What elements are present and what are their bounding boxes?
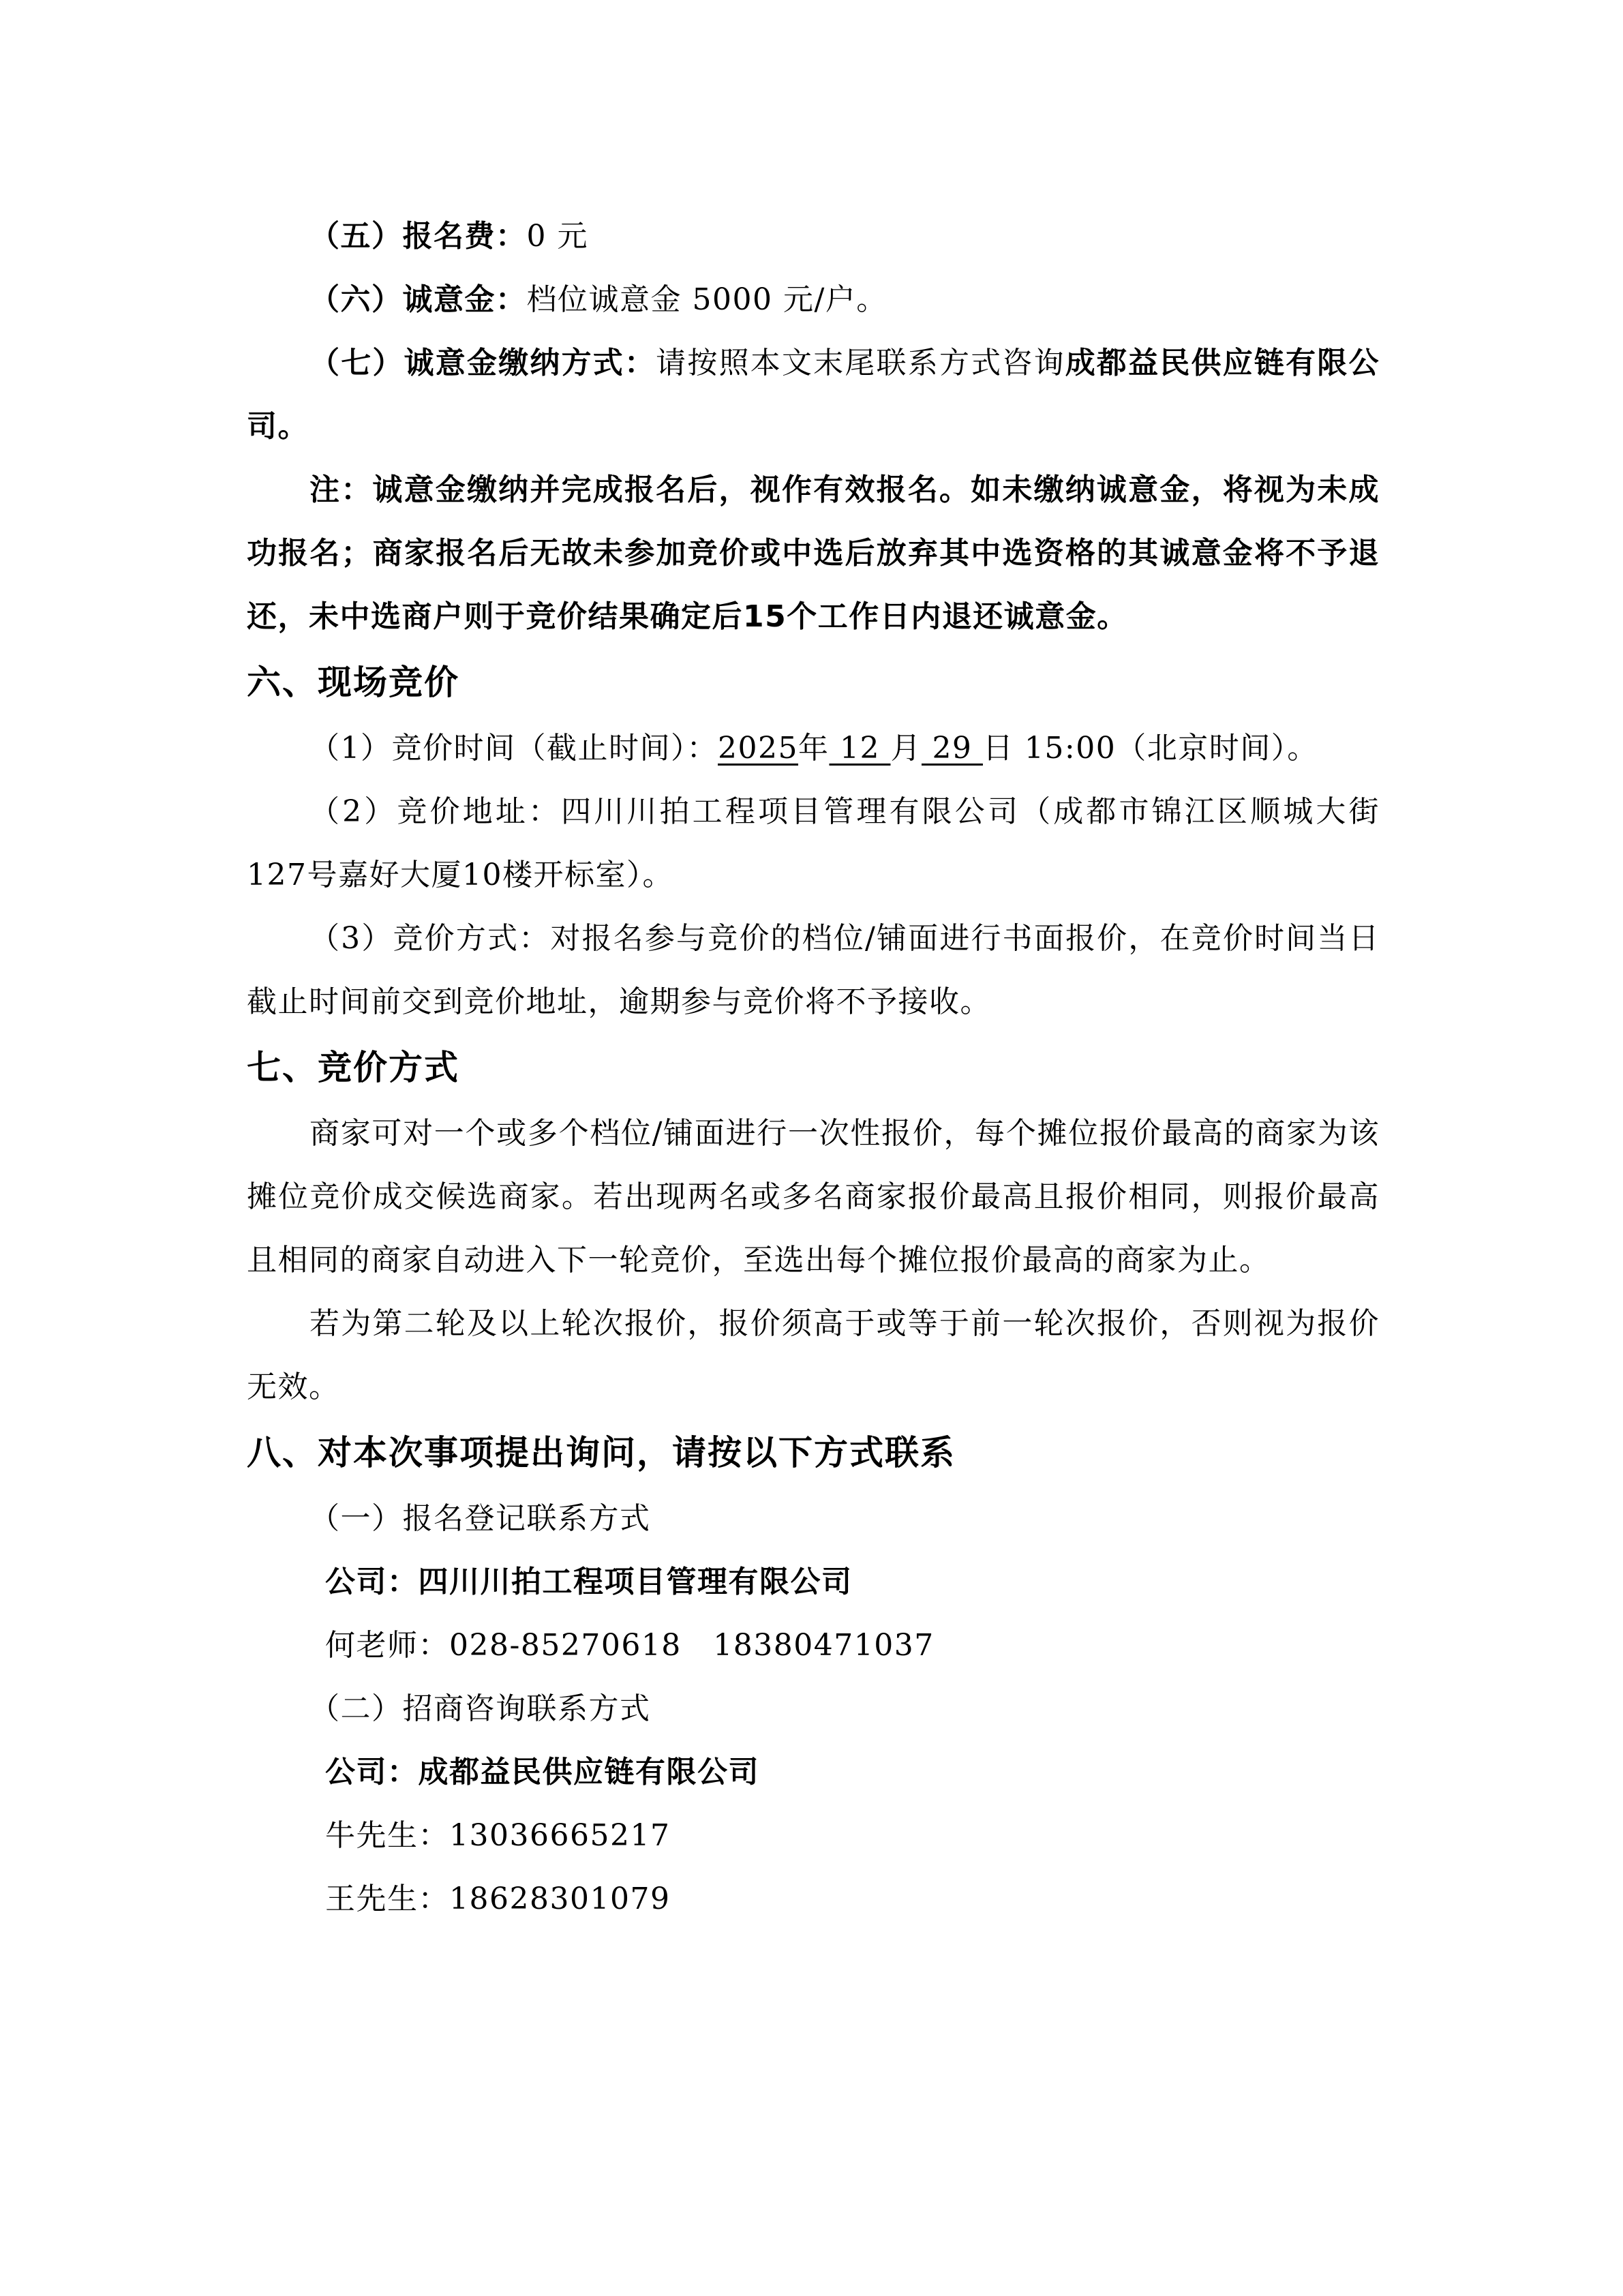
- investment-contact-wang: 王先生：18628301079: [247, 1867, 1380, 1931]
- deposit-payment-value: 请按照本文末尾联系方式咨询: [656, 346, 1065, 380]
- bidding-month: 12: [829, 731, 890, 766]
- registration-fee-value: 0 元: [527, 219, 588, 254]
- deposit-value: 档位诚意金 5000 元/户。: [527, 282, 888, 317]
- bidding-time-prefix: （1）竞价时间（截止时间）：: [309, 731, 718, 766]
- bidding-time-line: （1）竞价时间（截止时间）：2025年 12 月 29 日 15:00（北京时间…: [247, 716, 1380, 780]
- investment-contact-title: （二）招商咨询联系方式: [247, 1677, 1380, 1740]
- registration-contact-title: （一）报名登记联系方式: [247, 1487, 1380, 1550]
- document-page: （五）报名费：0 元 （六）诚意金：档位诚意金 5000 元/户。 （七）诚意金…: [247, 205, 1380, 1931]
- bidding-month-unit: 月: [890, 731, 922, 766]
- bidding-year: 2025: [718, 731, 798, 766]
- registration-company: 公司：四川川拍工程项目管理有限公司: [247, 1550, 1380, 1614]
- bidding-method-paragraph: （3）竞价方式：对报名参与竞价的档位/铺面进行书面报价，在竞价时间当日截止时间前…: [247, 907, 1380, 1033]
- section-6-heading: 六、现场竞价: [247, 648, 1380, 716]
- section-7-heading: 七、竞价方式: [247, 1033, 1380, 1102]
- deposit-line: （六）诚意金：档位诚意金 5000 元/户。: [247, 268, 1380, 331]
- bidding-address-paragraph: （2）竞价地址：四川川拍工程项目管理有限公司（成都市锦江区顺城大街127号嘉好大…: [247, 780, 1380, 907]
- bidding-time-suffix: 15:00（北京时间）。: [1014, 731, 1318, 766]
- bidding-rules-paragraph-1: 商家可对一个或多个档位/铺面进行一次性报价，每个摊位报价最高的商家为该摊位竞价成…: [247, 1102, 1380, 1292]
- deposit-payment-label: （七）诚意金缴纳方式：: [309, 346, 656, 380]
- deposit-note-paragraph: 注：诚意金缴纳并完成报名后，视作有效报名。如未缴纳诚意金，将视为未成功报名；商家…: [247, 458, 1380, 648]
- bidding-day-unit: 日: [983, 731, 1014, 766]
- registration-fee-line: （五）报名费：0 元: [247, 205, 1380, 268]
- registration-contact-phone: 何老师：028-85270618 18380471037: [247, 1614, 1380, 1677]
- investment-contact-niu: 牛先生：13036665217: [247, 1804, 1380, 1867]
- investment-company: 公司：成都益民供应链有限公司: [247, 1740, 1380, 1804]
- deposit-payment-paragraph: （七）诚意金缴纳方式：请按照本文末尾联系方式咨询成都益民供应链有限公司。: [247, 331, 1380, 458]
- registration-fee-label: （五）报名费：: [309, 219, 527, 254]
- bidding-year-unit: 年: [798, 731, 830, 766]
- section-8-heading: 八、对本次事项提出询问，请按以下方式联系: [247, 1419, 1380, 1487]
- deposit-label: （六）诚意金：: [309, 282, 527, 317]
- bidding-day: 29: [922, 731, 983, 766]
- bidding-rules-paragraph-2: 若为第二轮及以上轮次报价，报价须高于或等于前一轮次报价，否则视为报价无效。: [247, 1292, 1380, 1419]
